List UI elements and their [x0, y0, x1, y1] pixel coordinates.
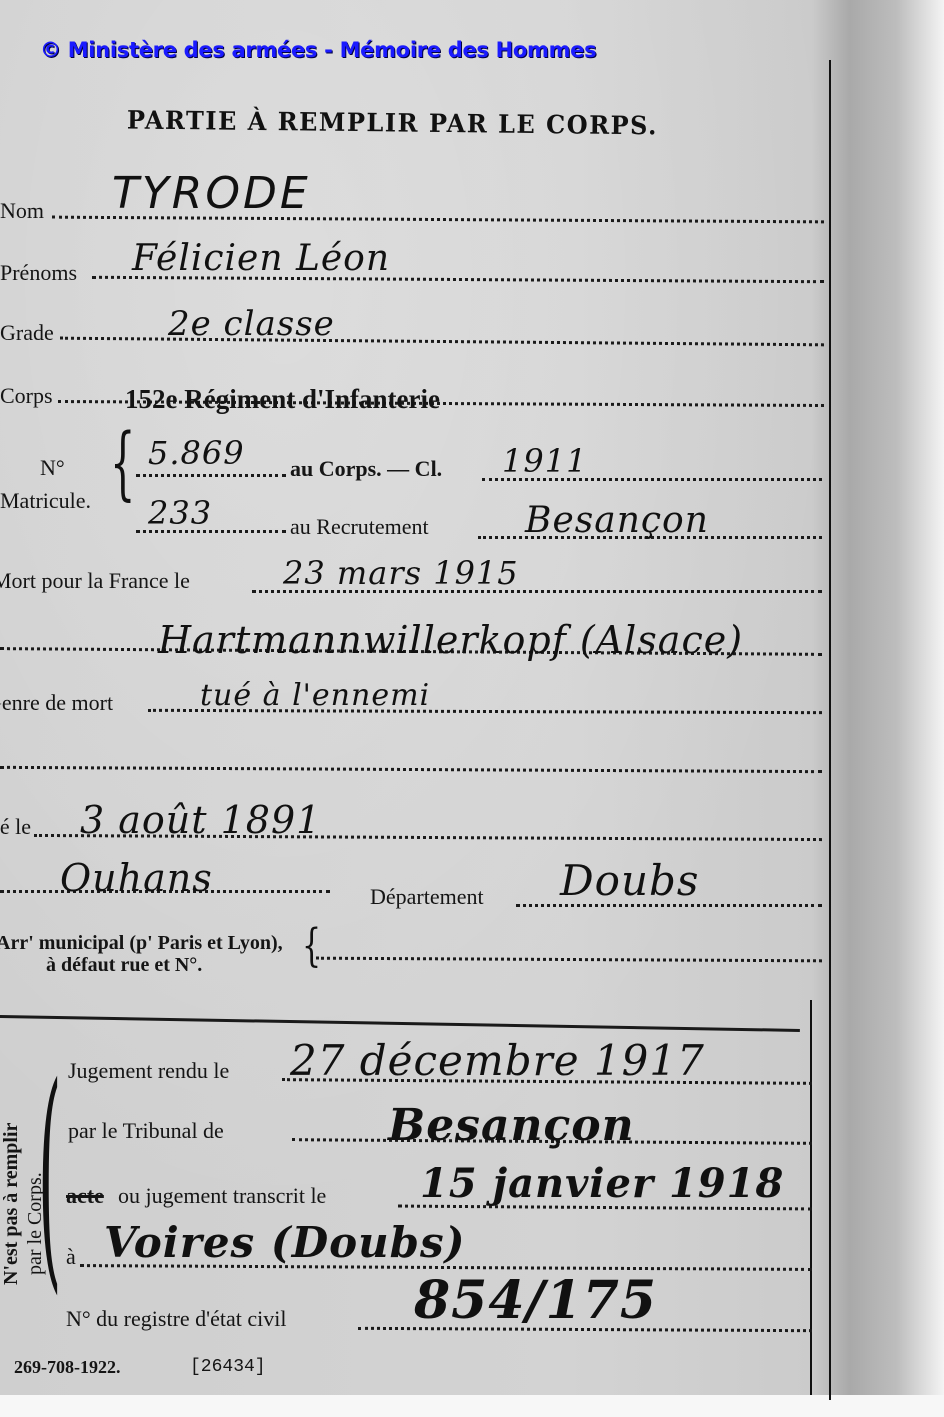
- value-lieu-naissance: Ouhans: [60, 856, 213, 900]
- value-matricule-recrutement: 233: [148, 494, 212, 532]
- label-par-le-tribunal: par le Tribunal de: [68, 1118, 224, 1144]
- value-tribunal: Besançon: [388, 1100, 635, 1151]
- label-grade: Grade: [0, 320, 54, 346]
- label-au-corps: au Corps. — Cl.: [290, 456, 442, 482]
- copyright-watermark: © Ministère des armées - Mémoire des Hom…: [40, 38, 596, 62]
- value-lieu-transcription: Voires (Doubs): [104, 1218, 466, 1267]
- value-genre-de-mort: tué à l'ennemi: [200, 678, 430, 713]
- value-matricule-corps: 5.869: [148, 434, 245, 472]
- print-code: 269-708-1922.: [14, 1357, 121, 1378]
- value-date-jugement: 27 décembre 1917: [290, 1036, 705, 1085]
- value-date-naissance: 3 août 1891: [80, 798, 321, 842]
- value-nom: TYRODE: [112, 168, 311, 219]
- label-jugement-rendu: Jugement rendu le: [68, 1058, 229, 1084]
- right-margin-rule: [829, 60, 831, 1400]
- right-margin-rule-inner: [810, 1000, 812, 1395]
- field-line-matricule-corps: [136, 474, 286, 477]
- matricule-brace: {: [110, 424, 135, 504]
- label-genre-de-mort: Genre de mort: [0, 690, 113, 716]
- label-arr-municipal-2: à défaut rue et N°.: [46, 954, 202, 977]
- label-ou-jugement-transcrit: ou jugement transcrit le: [118, 1183, 326, 1209]
- value-date-deces: 23 mars 1915: [283, 554, 519, 592]
- label-mort-pour-la-france: Mort pour la France le: [0, 568, 190, 594]
- label-au-recrutement: au Recrutement: [290, 514, 429, 540]
- label-ne-le: Né le: [0, 814, 31, 840]
- label-a: à: [66, 1244, 76, 1270]
- form-heading: PARTIE À REMPLIR PAR LE CORPS.: [127, 104, 658, 140]
- value-recrutement: Besançon: [525, 500, 709, 541]
- value-classe: 1911: [502, 442, 587, 480]
- value-date-transcription: 15 janvier 1918: [420, 1160, 784, 1207]
- label-matricule: Matricule.: [0, 488, 91, 514]
- value-prenoms: Félicien Léon: [132, 238, 390, 279]
- label-acte-struck: acte: [66, 1183, 104, 1209]
- judgement-brace: (: [38, 1058, 61, 1298]
- value-departement: Doubs: [560, 856, 699, 905]
- scan-border: [0, 1395, 944, 1417]
- value-lieu-deces: Hartmannwillerkopf (Alsace): [158, 618, 743, 662]
- label-arr-municipal: Arr' municipal (p' Paris et Lyon),: [0, 932, 283, 955]
- print-reference: [26434]: [190, 1357, 266, 1377]
- value-grade: 2e classe: [168, 304, 335, 344]
- label-departement: Département: [370, 884, 484, 910]
- side-note-line-1: N'est pas à remplir: [0, 1123, 23, 1285]
- arr-municipal-brace: {: [302, 925, 321, 970]
- value-no-registre: 854/175: [414, 1270, 657, 1331]
- label-corps: Corps: [0, 383, 53, 409]
- value-corps: 152e Régiment d'Infanterie: [125, 384, 440, 415]
- label-nom: Nom: [0, 198, 44, 224]
- label-prenoms: Prénoms: [0, 260, 77, 286]
- label-no: N°: [40, 455, 65, 481]
- label-no-registre: N° du registre d'état civil: [66, 1306, 286, 1332]
